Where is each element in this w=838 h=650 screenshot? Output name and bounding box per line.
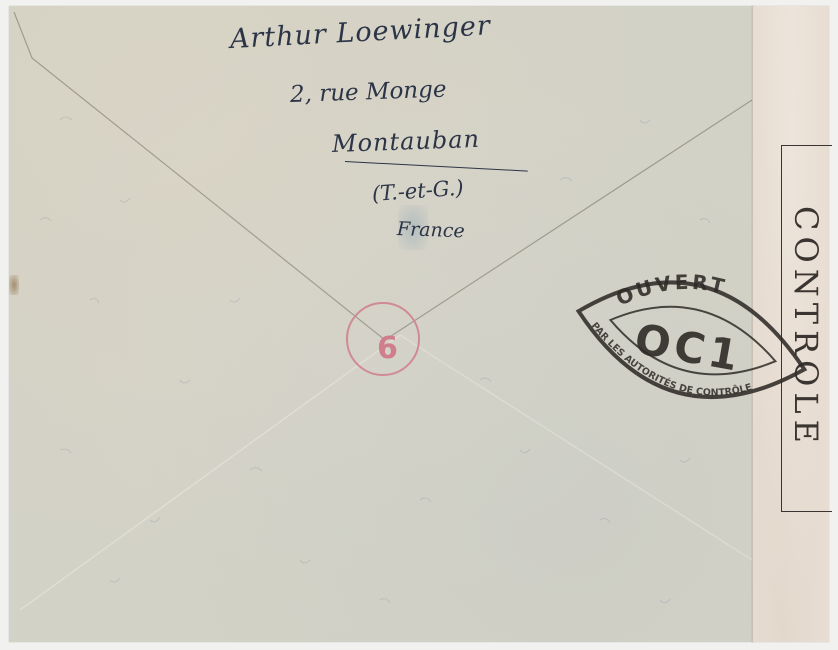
- sender-city: Montauban: [332, 125, 481, 158]
- paper-stain: [9, 275, 19, 295]
- envelope-scan: CONTROLE Arthur Loewinger 2, rue Monge M…: [0, 0, 838, 650]
- censor-tape-label: CONTROLE: [780, 160, 832, 495]
- red-mark-number: 9: [377, 328, 398, 363]
- sender-street: 2, rue Monge: [290, 77, 447, 108]
- sender-country: France: [397, 218, 465, 242]
- red-circle-mark: 9: [346, 302, 420, 376]
